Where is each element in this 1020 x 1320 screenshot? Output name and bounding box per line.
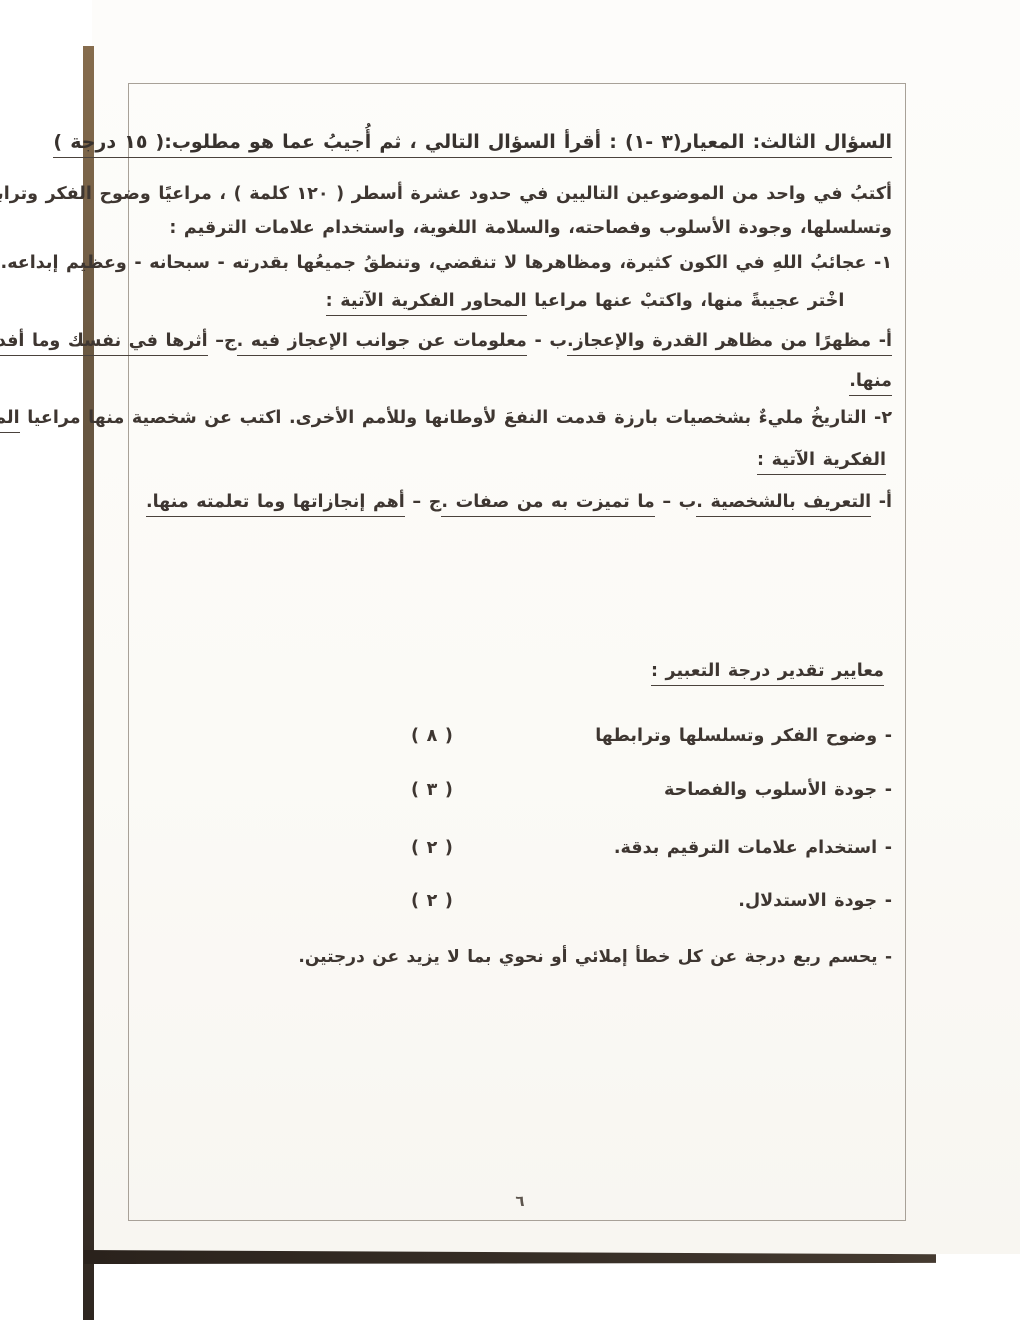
topic2-point-b: ب – ما تميزت به من صفات . <box>441 492 696 517</box>
question-header-row: السؤال الثالث: المعيار(٣ -١) : أقرأ السؤ… <box>128 131 906 158</box>
rubric-heading-row: معايير تقدير درجة التعبير : <box>128 661 906 686</box>
topic2-points-row: أ- التعريف بالشخصية . ب – ما تميزت به من… <box>128 492 906 517</box>
rubric-item-label: - استخدام علامات الترقيم بدقة. <box>614 838 892 858</box>
rubric-item-score: ( ٢ ) <box>411 891 453 911</box>
topic1-instruction-underlined: المحاور الفكرية الآتية : <box>326 291 527 316</box>
topic2-point-a-text: التعريف بالشخصية . <box>696 492 871 517</box>
topic2-statement-continuation-row: الفكرية الآتية : <box>128 450 906 475</box>
topic1-point-a: أ- مظهرًا من مظاهر القدرة والإعجاز. <box>567 331 892 356</box>
rubric-deduction-note: - يحسم ربع درجة عن كل خطأ إملائي أو نحوي… <box>128 947 906 967</box>
topic2-point-c-text: أهم إنجازاتها وما تعلمته منها. <box>146 492 405 517</box>
rubric-item-reasoning: - جودة الاستدلال. ( ٢ ) <box>128 891 906 911</box>
question-marks: ( ١٥ درجة ) <box>53 131 164 158</box>
rubric-item-score: ( ٢ ) <box>411 838 453 858</box>
topic2-statement-text: ٢- التاريخُ مليءٌ بشخصيات بارزة قدمت الن… <box>20 408 892 428</box>
topic2-point-c: ج – أهم إنجازاتها وما تعلمته منها. <box>146 492 441 517</box>
rubric-item-score: ( ٨ ) <box>411 726 453 746</box>
intro-line-1: أكتبُ في واحد من الموضوعين التاليين في ح… <box>128 184 906 204</box>
rubric-item-score: ( ٣ ) <box>411 780 453 800</box>
rubric-item-punctuation: - استخدام علامات الترقيم بدقة. ( ٢ ) <box>128 838 906 858</box>
rubric-item-style: - جودة الأسلوب والفصاحة ( ٣ ) <box>128 780 906 800</box>
topic1-point-c-letter: ج– <box>208 331 237 351</box>
rubric-item-label: - جودة الأسلوب والفصاحة <box>664 780 892 800</box>
topic2-point-a-letter: أ- <box>871 492 892 512</box>
topic2-point-c-letter: ج – <box>405 492 442 512</box>
topic2-point-a: أ- التعريف بالشخصية . <box>696 492 892 517</box>
rubric-item-label: - جودة الاستدلال. <box>738 891 892 911</box>
rubric-item-clarity: - وضوح الفكر وتسلسلها وترابطها ( ٨ ) <box>128 726 906 746</box>
topic1-point-c-continuation-row: منها. <box>128 371 906 396</box>
topic1-point-c-text: أثرها في نفسك وما أفدته <box>0 331 208 356</box>
intro-line-2: وتسلسلها، وجودة الأسلوب وفصاحته، والسلام… <box>128 218 906 238</box>
topic1-point-b: ب - معلومات عن جوانب الإعجاز فيه . <box>237 331 567 356</box>
rubric-item-label: - وضوح الفكر وتسلسلها وترابطها <box>595 726 892 746</box>
topic1-instruction: اخْتر عجيبةً منها، واكتبْ عنها مراعيا ال… <box>128 291 906 316</box>
topic2-statement-continuation: الفكرية الآتية : <box>757 450 886 475</box>
rubric-heading: معايير تقدير درجة التعبير : <box>651 661 884 686</box>
topic1-instruction-text: اخْتر عجيبةً منها، واكتبْ عنها مراعيا <box>527 291 845 311</box>
topic1-point-c: ج– أثرها في نفسك وما أفدته <box>0 331 237 356</box>
topic2-point-b-letter: ب – <box>655 492 697 512</box>
topic1-point-b-letter: ب - <box>527 331 567 351</box>
topic2-statement: ٢- التاريخُ مليءٌ بشخصيات بارزة قدمت الن… <box>128 408 906 433</box>
topic1-statement: ١- عجائبُ اللهِ في الكون كثيرة، ومظاهرها… <box>128 253 906 273</box>
topic1-point-c-continuation: منها. <box>849 371 892 396</box>
topic1-points-row: أ- مظهرًا من مظاهر القدرة والإعجاز. ب - … <box>128 331 906 356</box>
topic2-statement-underlined: المحاور <box>0 408 20 433</box>
topic1-point-b-text: معلومات عن جوانب الإعجاز فيه . <box>237 331 527 356</box>
question-title: السؤال الثالث: المعيار(٣ -١) : أقرأ السؤ… <box>164 131 892 158</box>
page-number: ٦ <box>505 1192 535 1210</box>
scan-shadow-left-edge <box>83 46 94 1320</box>
topic2-point-b-text: ما تميزت به من صفات . <box>441 492 654 517</box>
